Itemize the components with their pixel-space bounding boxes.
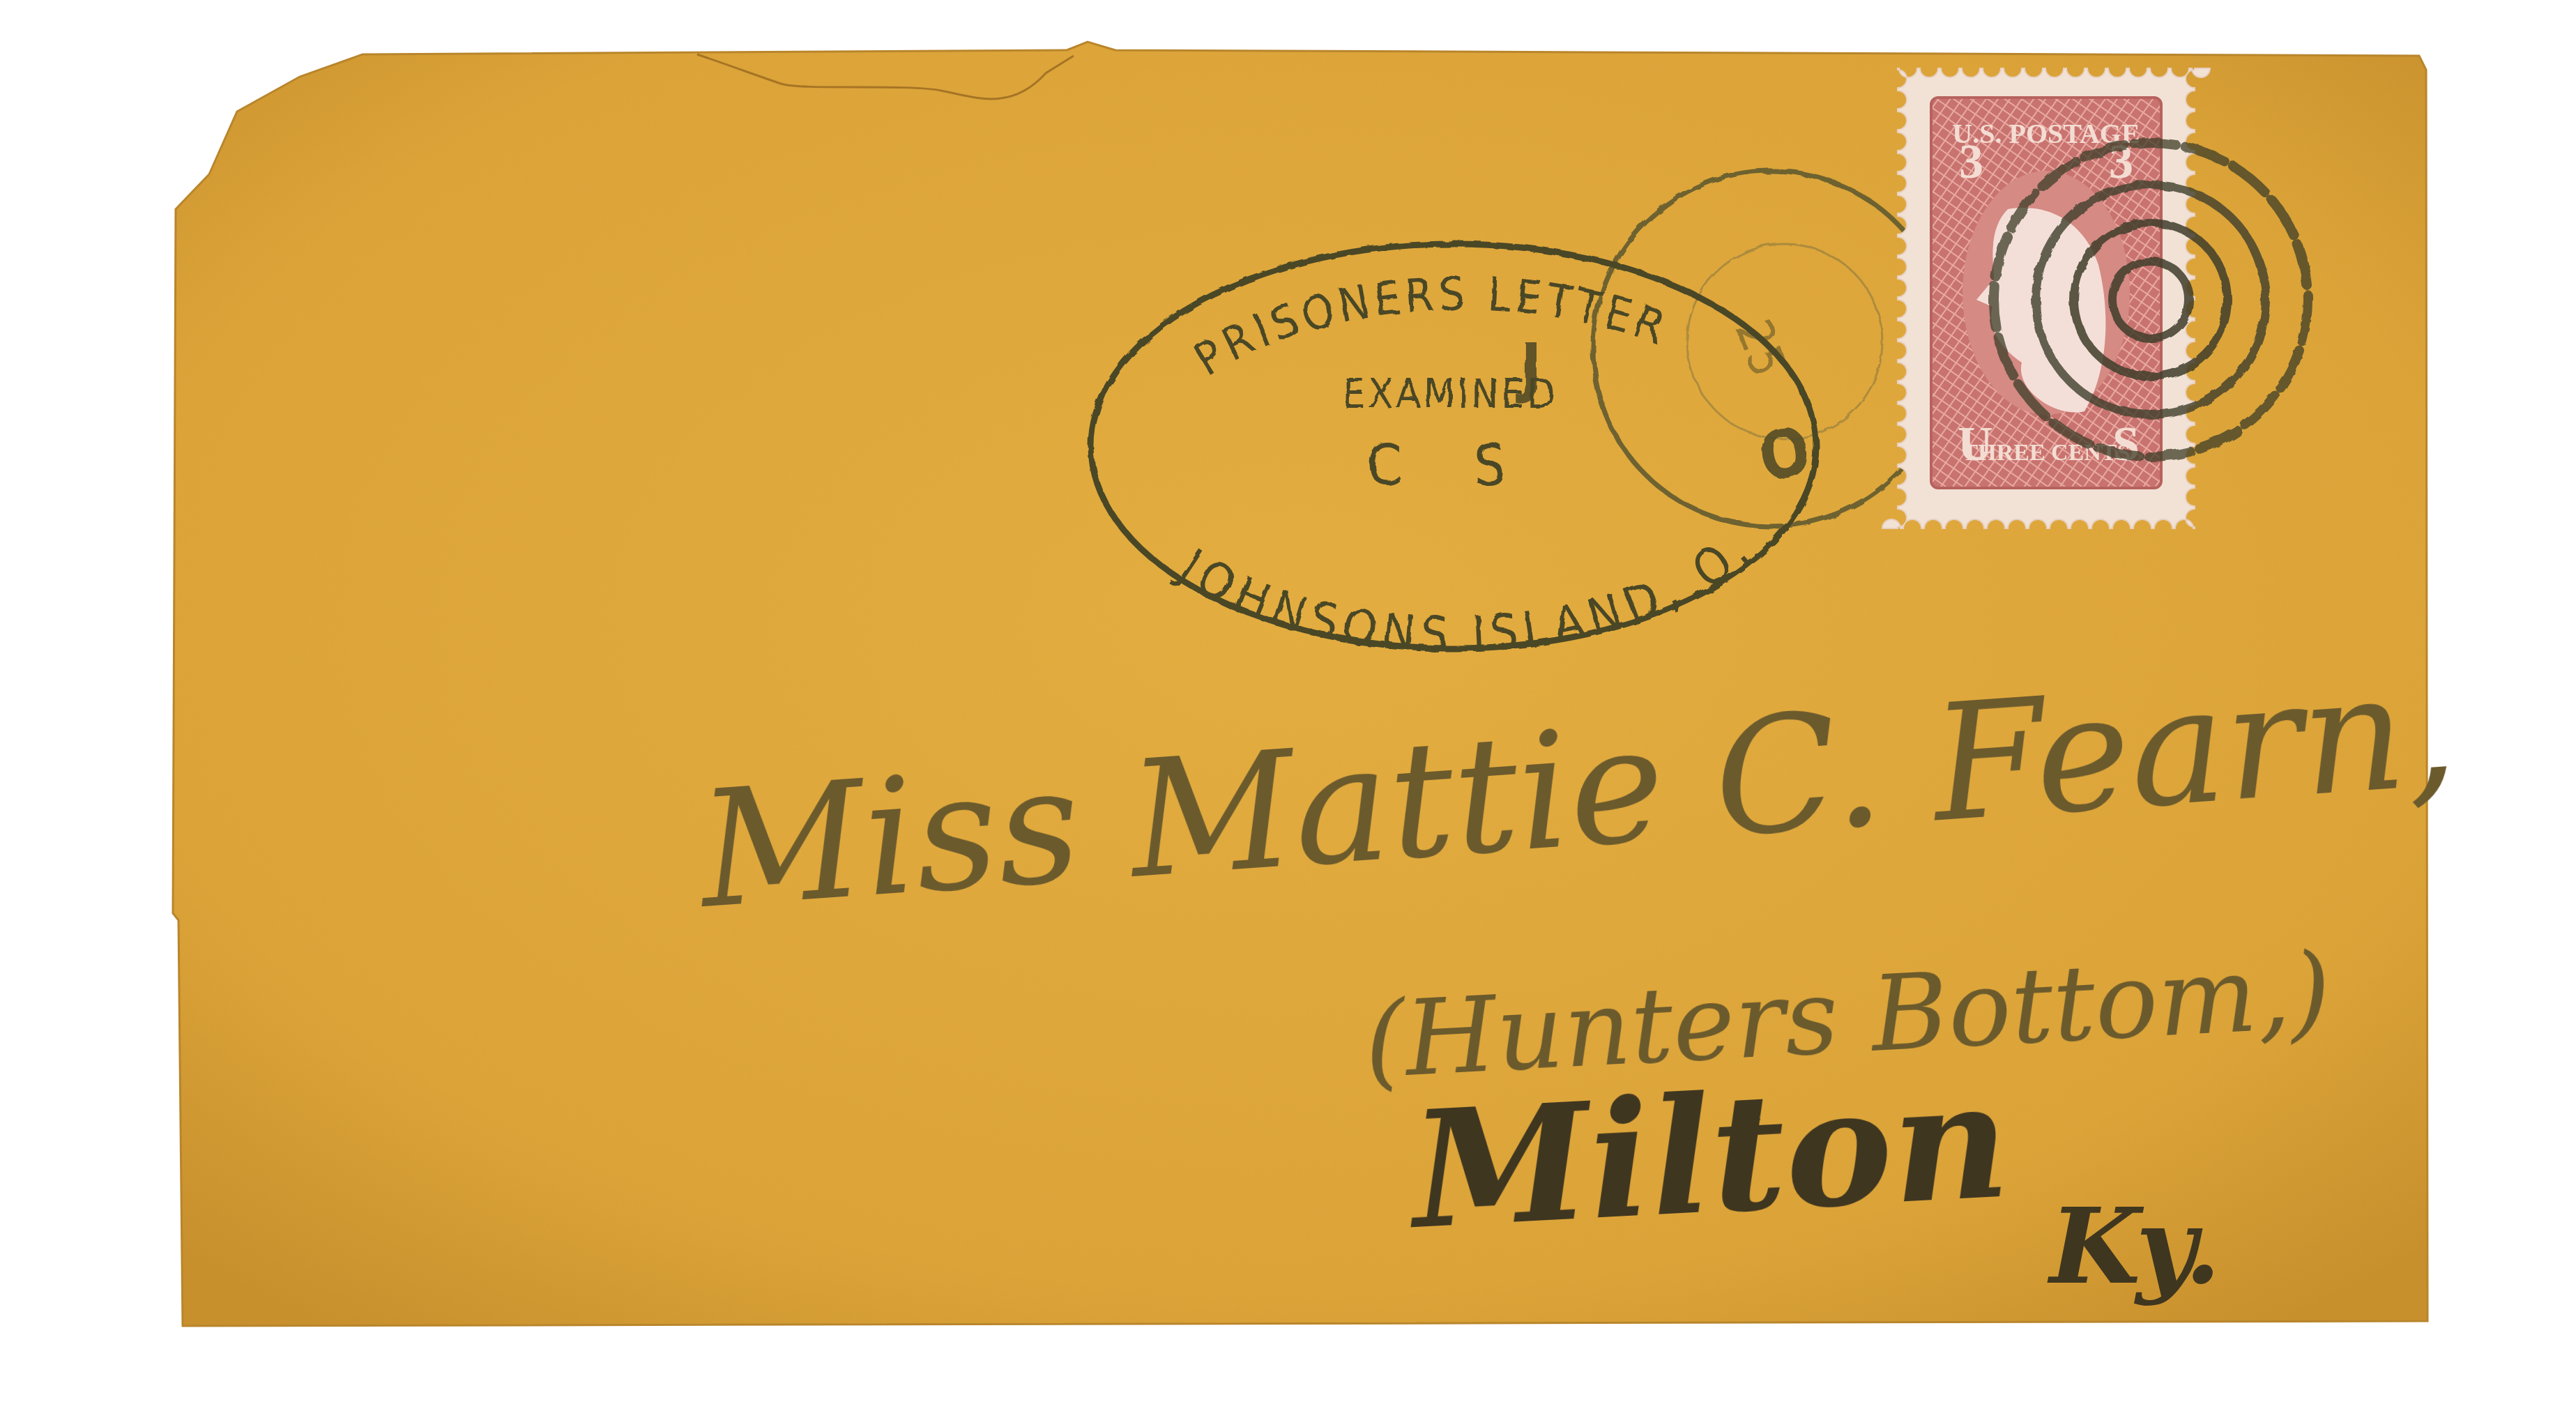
- handstamp-examined: EXAMINED: [1343, 370, 1558, 418]
- handstamp-initials: C S: [1367, 433, 1534, 498]
- envelope-scan: 25 J O PRISONERS LETTER EXAMINED C S JOH…: [0, 0, 2576, 1404]
- address-line-3: Milton: [1403, 1046, 2013, 1265]
- address-line-4: Ky.: [2047, 1185, 2221, 1308]
- stamp-corner-tl: 3: [1959, 135, 1983, 189]
